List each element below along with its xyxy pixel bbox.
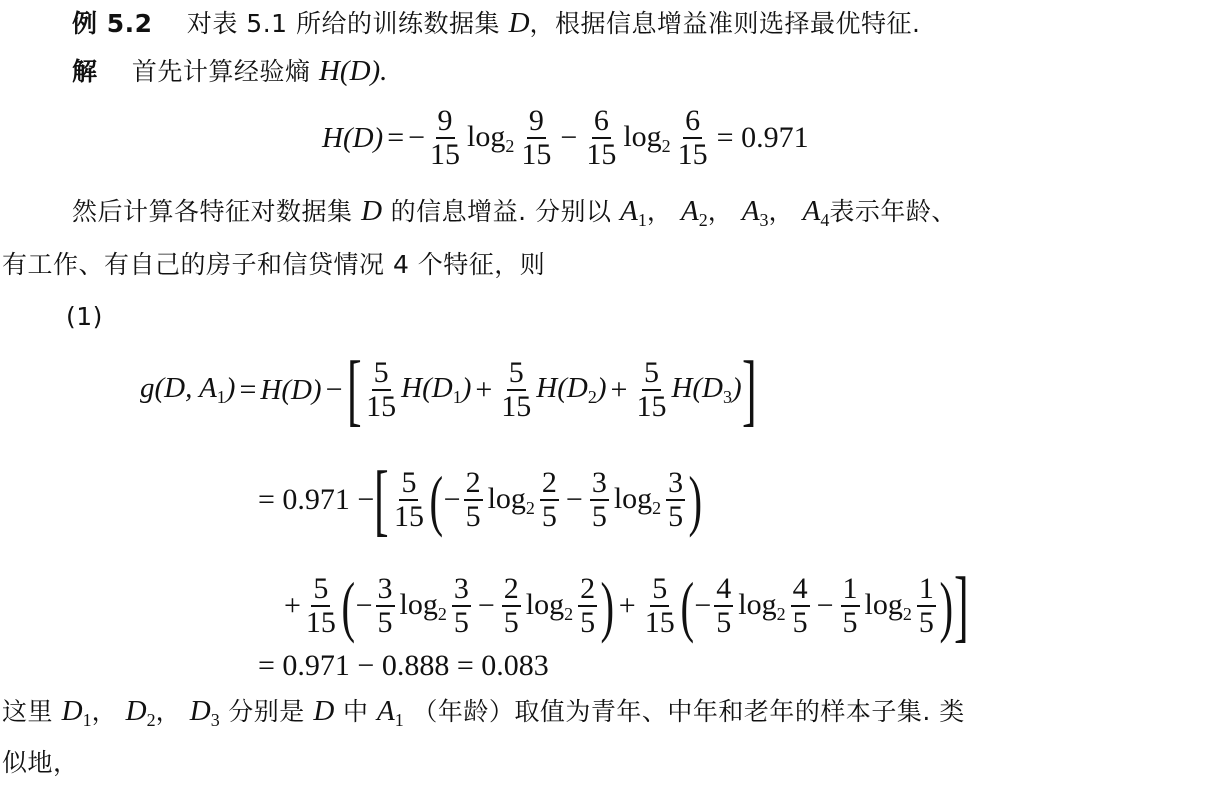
subset-entropy-1: H(D1) (401, 372, 471, 408)
text: 中 (343, 697, 369, 726)
separator: ， (92, 697, 118, 726)
solution-text: 首先计算经验熵 (132, 57, 311, 86)
right-paren: ) (689, 466, 703, 534)
example-heading: 例 5.2 对表 5.1 所给的训练数据集 D，根据信息增益准则选择最优特征. (72, 6, 921, 41)
fraction: 615 (676, 105, 710, 171)
paragraph1-line1: 然后计算各特征对数据集 D 的信息增益. 分别以 A1， A2， A3， A4表… (72, 194, 957, 237)
solution-expr: H(D). (319, 55, 387, 87)
minus-sign: − (817, 589, 834, 623)
right-bracket: ] (742, 350, 757, 430)
right-paren: ) (939, 572, 953, 640)
gain-lhs: g(D, A1) (140, 372, 235, 408)
left-paren: ( (680, 572, 694, 640)
subset-var-d2: D2 (126, 695, 156, 727)
item-number: (1) (66, 302, 103, 331)
example-text: 对表 5.1 所给的训练数据集 (187, 9, 500, 38)
fraction: 515 (499, 357, 533, 423)
dataset-var: D (361, 195, 382, 227)
fraction: 25 (540, 467, 559, 533)
minus-sign: − (356, 589, 373, 623)
feature-var-a3: A3 (742, 195, 769, 227)
fraction: 515 (392, 467, 426, 533)
paragraph2-line1: 这里 D1， D2， D3 分别是 D 中 A1 （年龄）取值为青年、中年和老年… (2, 694, 965, 737)
log-term: log2 (614, 482, 661, 519)
log-term: log2 (526, 588, 573, 625)
item-label: (1) (66, 300, 103, 334)
separator: ， (647, 197, 673, 226)
fraction: 515 (364, 357, 398, 423)
fraction: 25 (464, 467, 483, 533)
line-start: = 0.971 − (258, 483, 374, 517)
fraction: 45 (791, 573, 810, 639)
gain-formula-result: = 0.971 − 0.888 = 0.083 (258, 646, 549, 686)
fraction: 615 (584, 105, 618, 171)
feature-var-a1: A1 (377, 695, 404, 727)
example-label: 例 5.2 (72, 9, 153, 38)
fraction: 35 (666, 467, 685, 533)
text: 有工作、有自己的房子和信贷情况 4 个特征，则 (2, 250, 545, 279)
log-term: log2 (488, 482, 535, 519)
dataset-var: D (313, 695, 334, 727)
plus-sign: + (284, 589, 301, 623)
fraction: 25 (578, 573, 597, 639)
text: 这里 (2, 697, 53, 726)
solution-label: 解 (72, 57, 98, 86)
separator: ， (769, 197, 795, 226)
dataset-var: D (509, 7, 530, 39)
gain-formula-line1: g(D, A1) = H(D) − [ 515 H(D1) + 515 H(D2… (140, 350, 756, 430)
separator: ， (156, 697, 182, 726)
feature-var-a1: A1 (620, 195, 647, 227)
subset-entropy-3: H(D3) (671, 372, 741, 408)
paragraph2-line2: 似地， (2, 746, 79, 780)
text: 表示年龄、 (829, 197, 957, 226)
fraction: 35 (452, 573, 471, 639)
fraction: 515 (643, 573, 677, 639)
minus-sign: − (444, 483, 461, 517)
minus-sign: − (694, 589, 711, 623)
plus-sign: + (475, 373, 492, 407)
text: （年龄）取值为青年、中年和老年的样本子集. 类 (412, 697, 964, 726)
feature-var-a2: A2 (681, 195, 708, 227)
left-bracket: [ (347, 350, 362, 430)
fraction: 15 (917, 573, 936, 639)
subset-entropy-2: H(D2) (536, 372, 606, 408)
fraction: 25 (502, 573, 521, 639)
left-paren: ( (430, 466, 444, 534)
feature-var-a4: A4 (803, 195, 830, 227)
minus-sign: − (478, 589, 495, 623)
log-term: log2 (400, 588, 447, 625)
paragraph1-line2: 有工作、有自己的房子和信贷情况 4 个特征，则 (2, 248, 545, 282)
text: 的信息增益. 分别以 (391, 197, 612, 226)
minus-sign: − (408, 121, 425, 155)
fraction: 515 (304, 573, 338, 639)
entropy-formula: H(D) = − 915 log2 915 − 615 log2 615 = 0… (322, 98, 813, 178)
equals-sign: = (387, 121, 404, 155)
entropy-term: H(D) (260, 374, 321, 407)
entropy-result: = 0.971 (717, 121, 809, 155)
right-bracket: ] (954, 566, 969, 646)
log-term: log2 (738, 588, 785, 625)
gain-result: = 0.971 − 0.888 = 0.083 (258, 649, 549, 683)
text: 然后计算各特征对数据集 (72, 197, 353, 226)
left-paren: ( (341, 572, 355, 640)
fraction: 15 (841, 573, 860, 639)
subset-var-d3: D3 (190, 695, 220, 727)
example-text-end: ，根据信息增益准则选择最优特征. (530, 9, 921, 38)
minus-sign: − (326, 373, 343, 407)
fraction: 915 (519, 105, 553, 171)
left-bracket: [ (374, 460, 389, 540)
equals-sign: = (239, 373, 256, 407)
fraction: 35 (376, 573, 395, 639)
subset-var-d1: D1 (62, 695, 92, 727)
fraction: 35 (590, 467, 609, 533)
solution-line: 解 首先计算经验熵 H(D). (72, 54, 387, 89)
minus-sign: − (560, 121, 577, 155)
fraction: 515 (634, 357, 668, 423)
minus-sign: − (566, 483, 583, 517)
log-term: log2 (467, 120, 514, 157)
entropy-lhs: H(D) (322, 122, 383, 155)
fraction: 915 (428, 105, 462, 171)
text: 分别是 (228, 697, 305, 726)
gain-formula-line3: + 515 ( − 35 log2 35 − 25 log2 25 ) + 51… (284, 566, 968, 646)
gain-formula-line2: = 0.971 − [ 515 ( − 25 log2 25 − 35 log2… (258, 460, 703, 540)
log-term: log2 (865, 588, 912, 625)
plus-sign: + (619, 589, 636, 623)
log-term: log2 (623, 120, 670, 157)
plus-sign: + (611, 373, 628, 407)
text: 似地， (2, 748, 79, 777)
separator: ， (708, 197, 734, 226)
fraction: 45 (714, 573, 733, 639)
right-paren: ) (601, 572, 615, 640)
